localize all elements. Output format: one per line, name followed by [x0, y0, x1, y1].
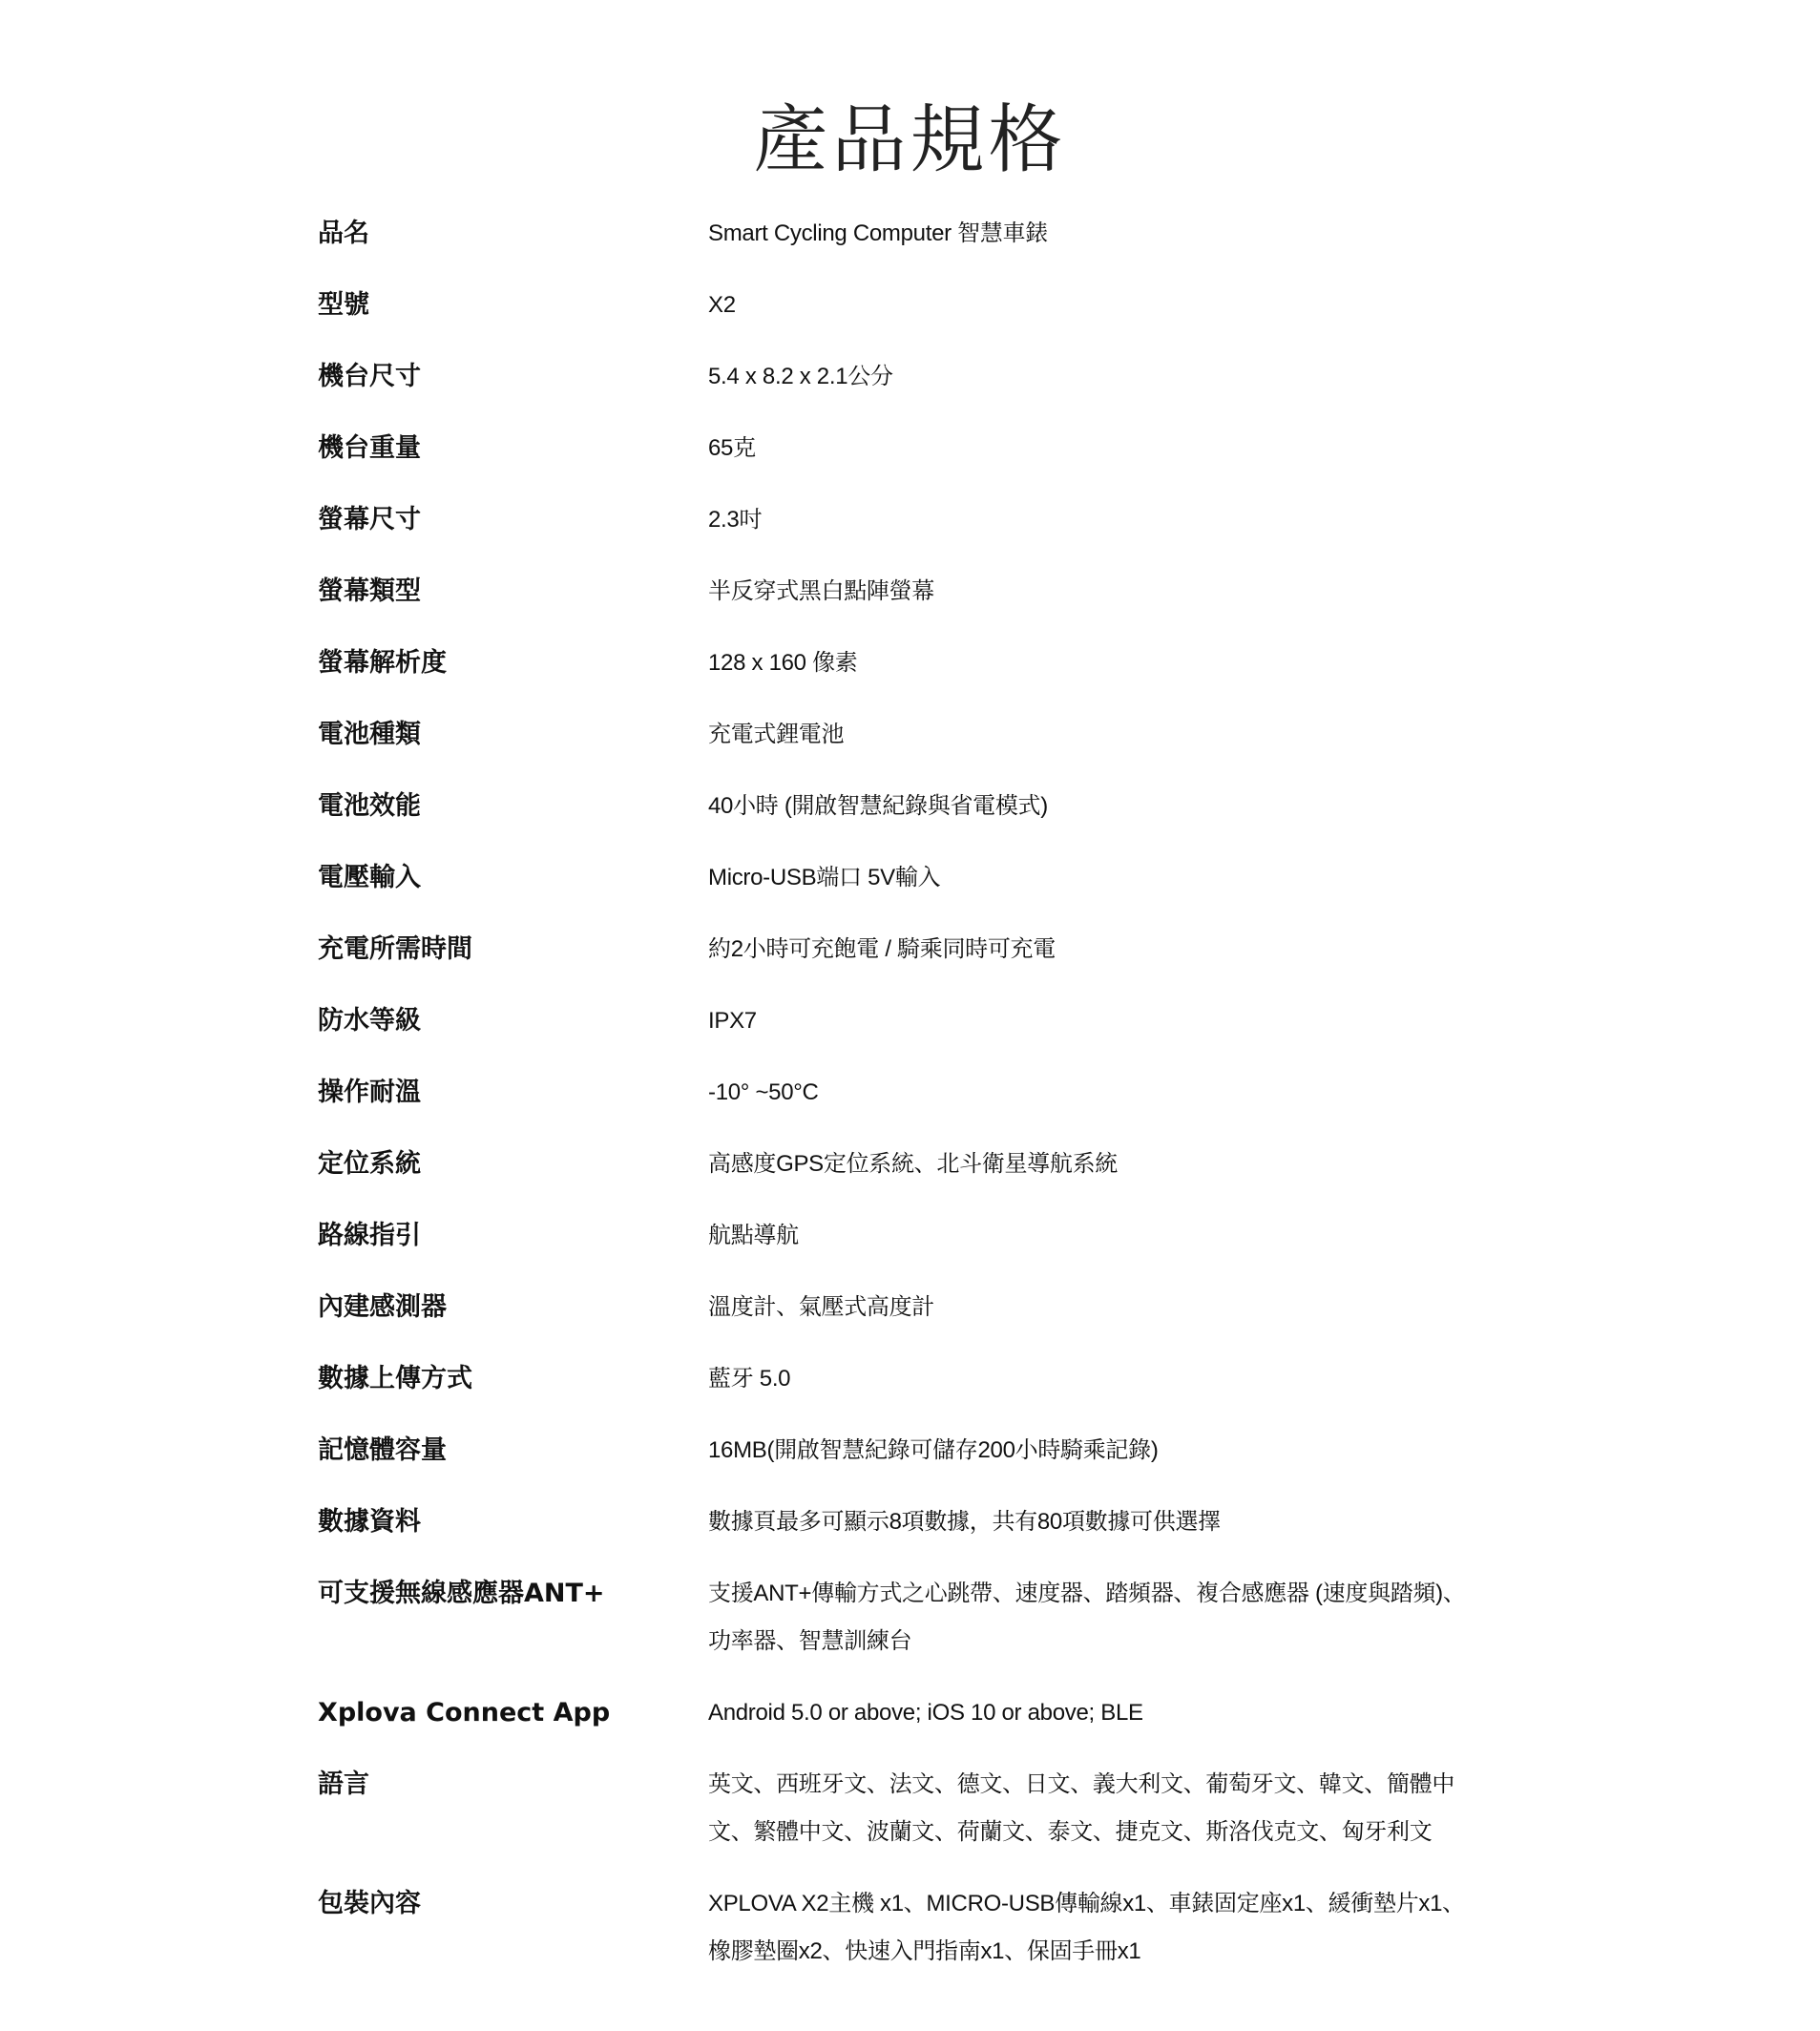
spec-row-voltage-input: 電壓輸入 Micro-USB端口 5V輸入: [318, 854, 1520, 902]
spec-label: 電池種類: [318, 711, 708, 759]
spec-value: 16MB(開啟智慧紀錄可儲存200小時騎乘記錄): [708, 1427, 1481, 1475]
spec-row-model: 型號 X2: [318, 282, 1520, 329]
spec-row-weight: 機台重量 65克: [318, 425, 1520, 472]
spec-value: 高感度GPS定位系統、北斗衛星導航系統: [708, 1141, 1481, 1188]
spec-value: Smart Cycling Computer 智慧車錶: [708, 210, 1481, 258]
spec-value: Android 5.0 or above; iOS 10 or above; B…: [708, 1689, 1481, 1737]
spec-row-sensors: 內建感測器 溫度計、氣壓式高度計: [318, 1284, 1520, 1331]
spec-value: 2.3吋: [708, 496, 1481, 544]
spec-row-product-name: 品名 Smart Cycling Computer 智慧車錶: [318, 210, 1520, 258]
spec-row-memory: 記憶體容量 16MB(開啟智慧紀錄可儲存200小時騎乘記錄): [318, 1427, 1520, 1475]
spec-label: 記憶體容量: [318, 1427, 708, 1475]
spec-value: 航點導航: [708, 1212, 1481, 1260]
spec-row-app: Xplova Connect App Android 5.0 or above;…: [318, 1689, 1520, 1737]
spec-label: 數據上傳方式: [318, 1355, 708, 1403]
spec-value: X2: [708, 282, 1481, 329]
spec-row-ant-sensors: 可支援無線感應器ANT+ 支援ANT+傳輸方式之心跳帶、速度器、踏頻器、複合感應…: [318, 1570, 1520, 1665]
spec-value: 128 x 160 像素: [708, 639, 1481, 687]
spec-row-charge-time: 充電所需時間 約2小時可充飽電 / 騎乘同時可充電: [318, 926, 1520, 974]
spec-row-upload: 數據上傳方式 藍牙 5.0: [318, 1355, 1520, 1403]
spec-row-dimensions: 機台尺寸 5.4 x 8.2 x 2.1公分: [318, 353, 1520, 401]
spec-label: Xplova Connect App: [318, 1689, 708, 1737]
spec-value: -10° ~50°C: [708, 1069, 1481, 1117]
spec-label: 路線指引: [318, 1212, 708, 1260]
spec-value: 溫度計、氣壓式高度計: [708, 1284, 1481, 1331]
spec-value: XPLOVA X2主機 x1、MICRO-USB傳輸線x1、車錶固定座x1、緩衝…: [708, 1880, 1481, 1976]
spec-label: 螢幕尺寸: [318, 496, 708, 544]
spec-label: 數據資料: [318, 1498, 708, 1546]
spec-row-positioning: 定位系統 高感度GPS定位系統、北斗衛星導航系統: [318, 1141, 1520, 1188]
spec-row-screen-size: 螢幕尺寸 2.3吋: [318, 496, 1520, 544]
spec-row-navigation: 路線指引 航點導航: [318, 1212, 1520, 1260]
spec-row-data-fields: 數據資料 數據頁最多可顯示8項數據，共有80項數據可供選擇: [318, 1498, 1520, 1546]
spec-value: 藍牙 5.0: [708, 1355, 1481, 1403]
spec-label: 電池效能: [318, 783, 708, 830]
spec-label: 內建感測器: [318, 1284, 708, 1331]
spec-label: 機台重量: [318, 425, 708, 472]
spec-value: 英文、西班牙文、法文、德文、日文、義大利文、葡萄牙文、韓文、簡體中文、繁體中文、…: [708, 1761, 1481, 1856]
spec-label: 語言: [318, 1761, 708, 1809]
spec-label: 螢幕類型: [318, 568, 708, 616]
spec-value: 65克: [708, 425, 1481, 472]
spec-label: 電壓輸入: [318, 854, 708, 902]
spec-row-screen-type: 螢幕類型 半反穿式黑白點陣螢幕: [318, 568, 1520, 616]
spec-label: 機台尺寸: [318, 353, 708, 401]
spec-label: 品名: [318, 210, 708, 258]
spec-label: 型號: [318, 282, 708, 329]
spec-row-battery-life: 電池效能 40小時 (開啟智慧紀錄與省電模式): [318, 783, 1520, 830]
spec-value: 5.4 x 8.2 x 2.1公分: [708, 353, 1481, 401]
spec-value: 約2小時可充飽電 / 騎乘同時可充電: [708, 926, 1481, 974]
spec-row-package-contents: 包裝內容 XPLOVA X2主機 x1、MICRO-USB傳輸線x1、車錶固定座…: [318, 1880, 1520, 1976]
spec-label: 包裝內容: [318, 1880, 708, 1928]
spec-label: 可支援無線感應器ANT+: [318, 1570, 708, 1618]
spec-label: 防水等級: [318, 997, 708, 1045]
spec-row-languages: 語言 英文、西班牙文、法文、德文、日文、義大利文、葡萄牙文、韓文、簡體中文、繁體…: [318, 1761, 1520, 1856]
spec-value: 40小時 (開啟智慧紀錄與省電模式): [708, 783, 1481, 830]
spec-row-battery-type: 電池種類 充電式鋰電池: [318, 711, 1520, 759]
page-title: 產品規格: [0, 88, 1820, 193]
spec-row-waterproof: 防水等級 IPX7: [318, 997, 1520, 1045]
spec-label: 定位系統: [318, 1141, 708, 1188]
spec-value: 半反穿式黑白點陣螢幕: [708, 568, 1481, 616]
spec-value: 支援ANT+傳輸方式之心跳帶、速度器、踏頻器、複合感應器 (速度與踏頻)、功率器…: [708, 1570, 1481, 1665]
spec-row-resolution: 螢幕解析度 128 x 160 像素: [318, 639, 1520, 687]
spec-value: IPX7: [708, 997, 1481, 1045]
spec-label: 螢幕解析度: [318, 639, 708, 687]
spec-value: 數據頁最多可顯示8項數據，共有80項數據可供選擇: [708, 1498, 1481, 1546]
spec-label: 充電所需時間: [318, 926, 708, 974]
spec-label: 操作耐溫: [318, 1069, 708, 1117]
spec-table: 品名 Smart Cycling Computer 智慧車錶 型號 X2 機台尺…: [318, 210, 1520, 1976]
spec-row-operating-temp: 操作耐溫 -10° ~50°C: [318, 1069, 1520, 1117]
spec-value: Micro-USB端口 5V輸入: [708, 854, 1481, 902]
spec-value: 充電式鋰電池: [708, 711, 1481, 759]
